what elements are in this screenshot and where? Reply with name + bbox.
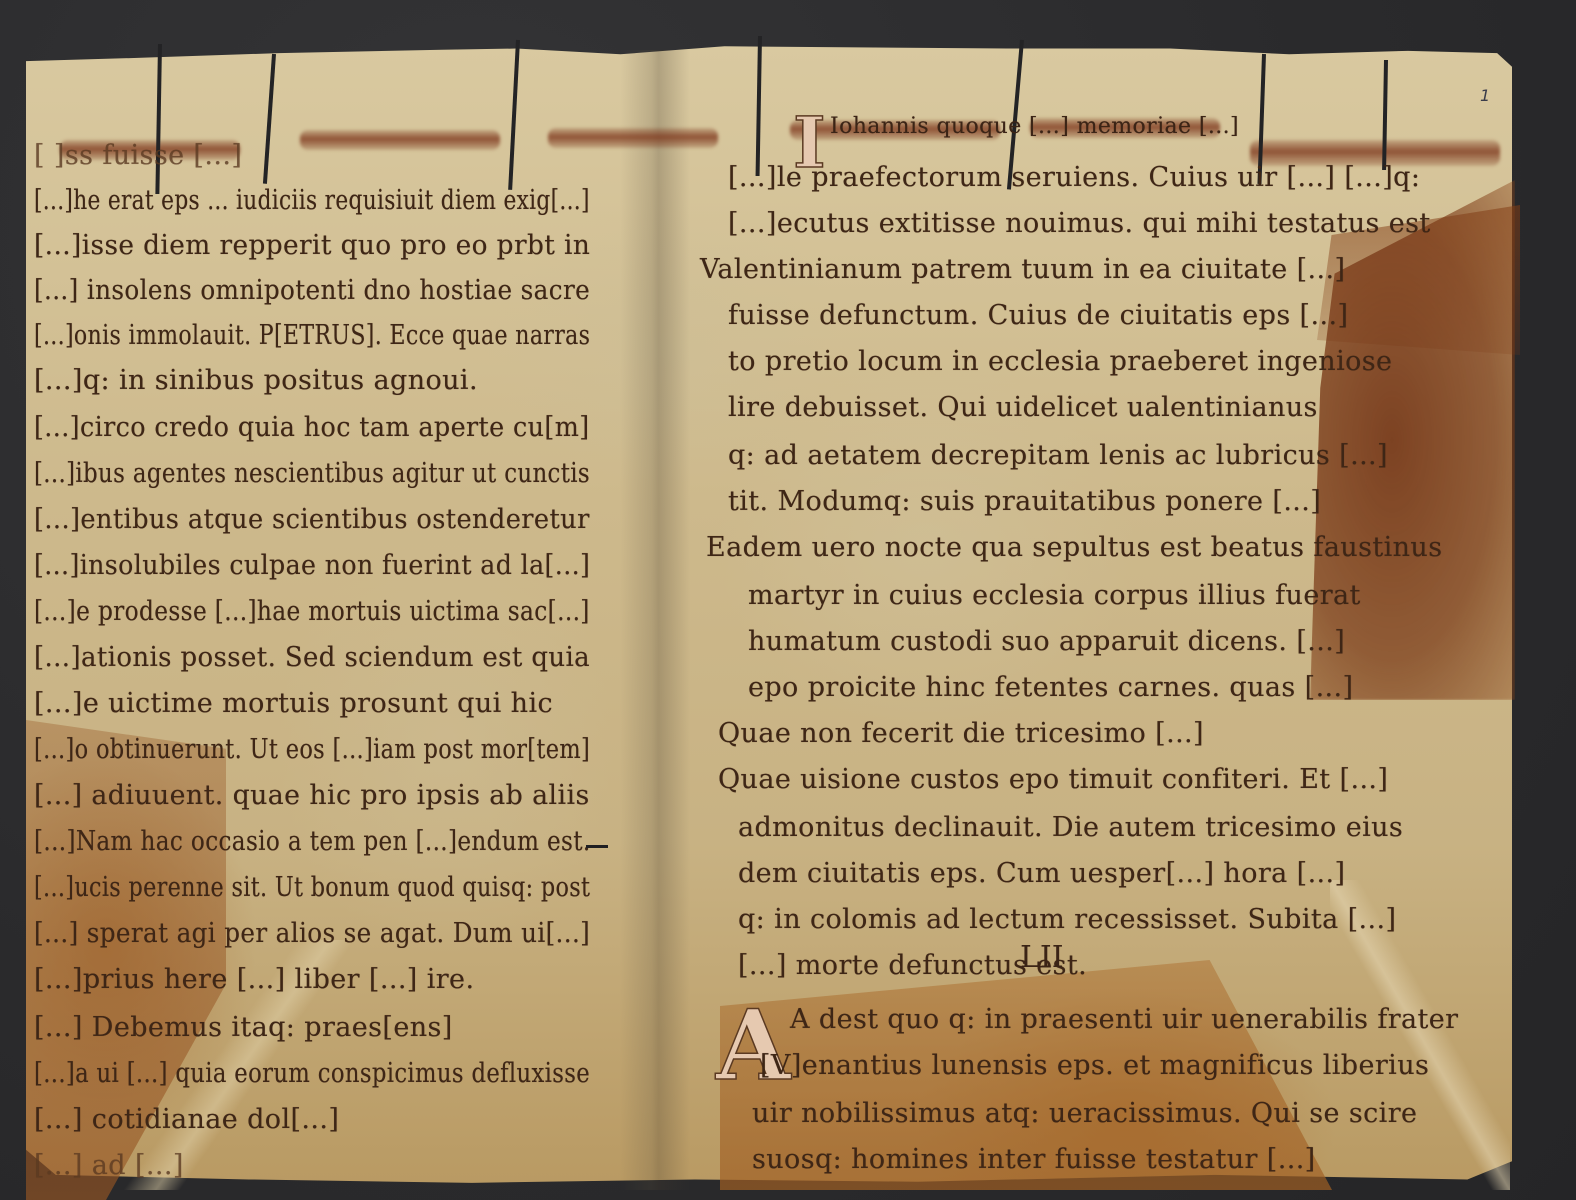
manuscript-line: fuisse defunctum. Cuius de ciuitatis eps… — [728, 300, 1348, 331]
manuscript-line: to pretio locum in ecclesia praeberet in… — [728, 346, 1392, 377]
manuscript-line: admonitus declinauit. Die autem tricesim… — [738, 812, 1403, 843]
margin-mark — [586, 845, 608, 848]
manuscript-line: [...]ucis perenne sit. Ut bonum quod qui… — [34, 872, 590, 903]
manuscript-line: uir nobilissimus atq: ueracissimus. Qui … — [752, 1098, 1417, 1129]
manuscript-line: [ ]ss fuisse [...] — [34, 140, 242, 171]
manuscript-line: [...]entibus atque scientibus ostenderet… — [34, 504, 590, 535]
manuscript-line: [...] ad [...] — [34, 1150, 184, 1181]
manuscript-line: [...]ationis posset. Sed sciendum est qu… — [34, 642, 590, 673]
manuscript-line: [...]le praefectorum seruiens. Cuius uir… — [728, 162, 1420, 193]
manuscript-line: dem ciuitatis eps. Cum uesper[...] hora … — [738, 858, 1345, 889]
manuscript-line: epo proicite hinc fetentes carnes. quas … — [748, 672, 1353, 703]
manuscript-line: [...]q: in sinibus positus agnoui. — [34, 365, 478, 396]
manuscript-line: [...] adiuuent. quae hic pro ipsis ab al… — [34, 780, 590, 811]
rubric-band — [548, 128, 718, 148]
manuscript-line: [...]ecutus extitisse nouimus. qui mihi … — [728, 208, 1431, 239]
manuscript-line: [...]e prodesse [...]hae mortuis uictima… — [34, 596, 590, 627]
manuscript-line: [...]o obtinuerunt. Ut eos [...]iam post… — [34, 734, 590, 765]
manuscript-line: [...]a ui [...] quia eorum conspicimus d… — [34, 1058, 590, 1089]
manuscript-line: Eadem uero nocte qua sepultus est beatus… — [706, 532, 1442, 563]
manuscript-line: [V]enantius lunensis eps. et magnificus … — [760, 1050, 1429, 1081]
chapter-number: LII — [1020, 940, 1064, 975]
manuscript-line: [...]insolubiles culpae non fuerint ad l… — [34, 550, 590, 581]
manuscript-line: tit. Modumq: suis prauitatibus ponere [.… — [728, 486, 1321, 517]
rubric-heading: Iohannis quoque [...] memoriae [...] — [830, 114, 1239, 139]
manuscript-line: [...] Debemus itaq: praes[ens] — [34, 1012, 453, 1043]
manuscript-line: [...]prius here [...] liber [...] ire. — [34, 964, 474, 995]
manuscript-line: A dest quo q: in praesenti uir uenerabil… — [790, 1004, 1458, 1035]
manuscript-line: [...]ibus agentes nescientibus agitur ut… — [34, 458, 590, 489]
manuscript-line: [...] cotidianae dol[...] — [34, 1104, 339, 1135]
manuscript-line: lire debuisset. Qui uidelicet ualentinia… — [728, 392, 1318, 423]
manuscript-line: [...]he erat eps ... iudiciis requisiuit… — [34, 185, 590, 216]
manuscript-line: q: ad aetatem decrepitam lenis ac lubric… — [728, 440, 1388, 471]
manuscript-line: [...]e uictime mortuis prosunt qui hic — [34, 688, 553, 719]
manuscript-line: martyr in cuius ecclesia corpus illius f… — [748, 580, 1361, 611]
manuscript-line: Valentinianum patrem tuum in ea ciuitate… — [700, 254, 1345, 285]
rubric-band — [300, 130, 500, 150]
manuscript-line: humatum custodi suo apparuit dicens. [..… — [748, 626, 1345, 657]
manuscript-line: [...] insolens omnipotenti dno hostiae s… — [34, 275, 590, 306]
manuscript-line: suosq: homines inter fuisse testatur [..… — [752, 1144, 1316, 1175]
manuscript-line: Quae non fecerit die tricesimo [...] — [718, 718, 1204, 749]
manuscript-line: [...]Nam hac occasio a tem pen [...]endu… — [34, 826, 591, 857]
manuscript-line: [...]onis immolauit. P[ETRUS]. Ecce quae… — [34, 320, 590, 351]
folio-number: 1 — [1480, 86, 1490, 105]
manuscript-line: Quae uisione custos epo timuit confiteri… — [718, 764, 1388, 795]
manuscript-line: q: in colomis ad lectum recessisset. Sub… — [738, 904, 1396, 935]
manuscript-line: [...]isse diem repperit quo pro eo prbt … — [34, 230, 590, 261]
manuscript-line: [...]circo credo quia hoc tam aperte cu[… — [34, 412, 590, 443]
manuscript-line: [...] sperat agi per alios se agat. Dum … — [34, 918, 590, 949]
